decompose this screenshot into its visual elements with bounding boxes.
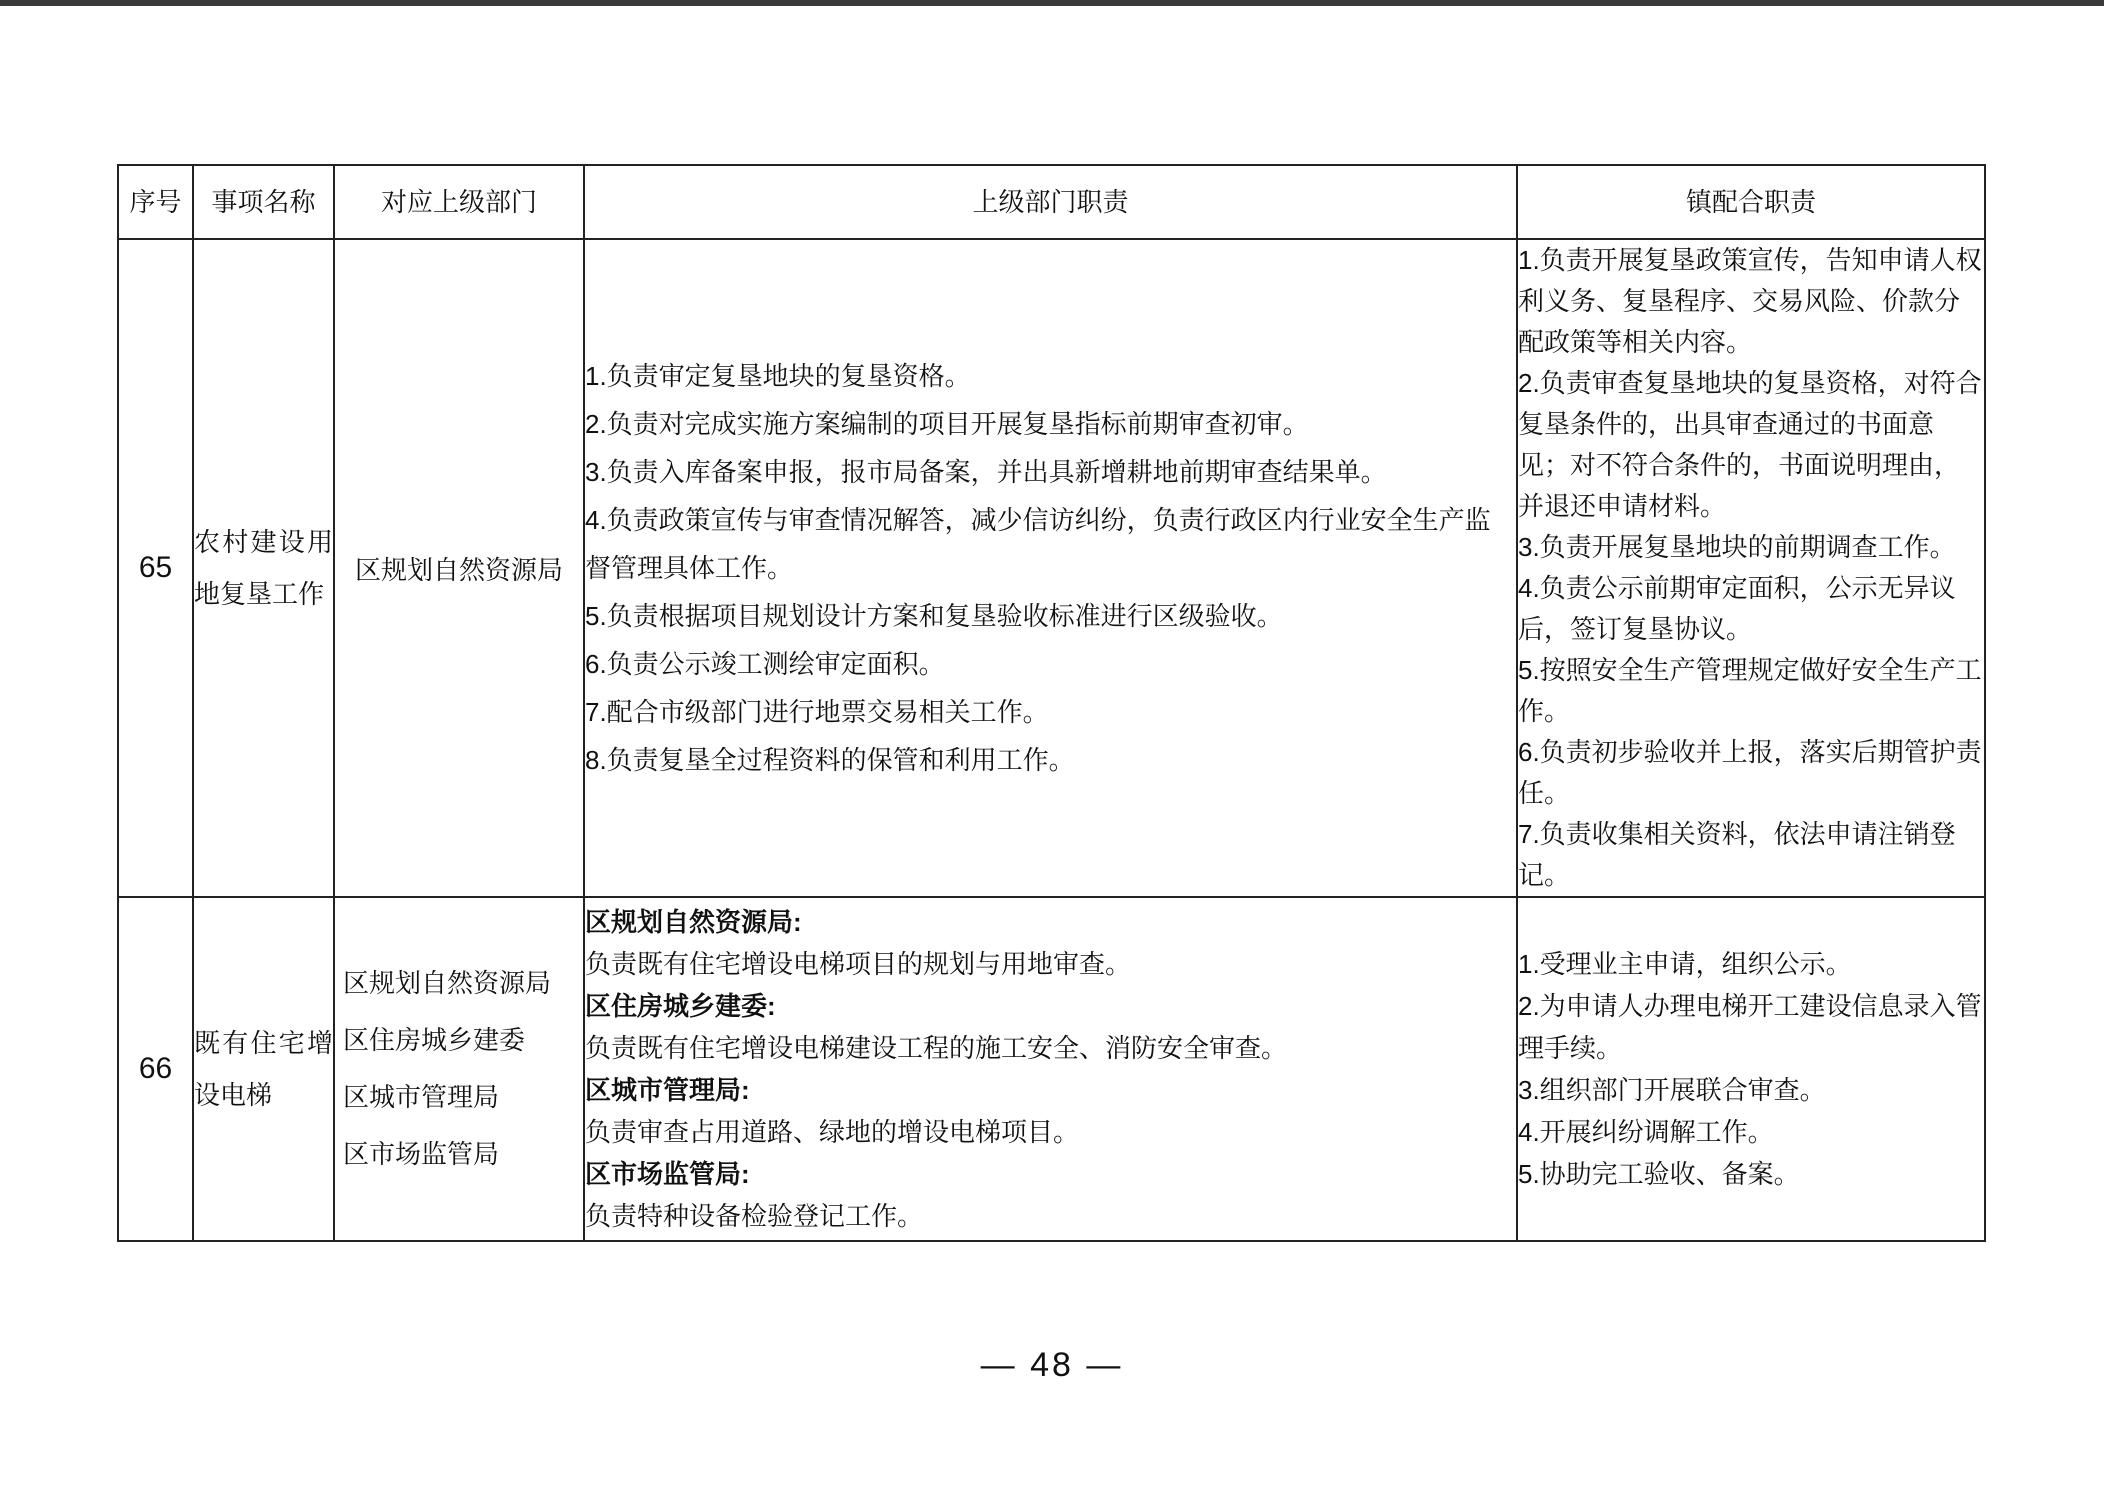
duty-department-label: 区规划自然资源局: — [585, 901, 1516, 943]
duty-item: 4.开展纠纷调解工作。 — [1518, 1111, 1984, 1153]
header-superior-department: 对应上级部门 — [334, 165, 584, 239]
cell-town-duties: 1.受理业主申请，组织公示。 2.为申请人办理电梯开工建设信息录入管理手续。 3… — [1517, 897, 1985, 1241]
cell-superior-duties: 区规划自然资源局: 负责既有住宅增设电梯项目的规划与用地审查。 区住房城乡建委:… — [584, 897, 1517, 1241]
duty-item: 2.为申请人办理电梯开工建设信息录入管理手续。 — [1518, 985, 1984, 1069]
duty-item: 6.负责初步验收并上报，落实后期管护责任。 — [1518, 732, 1984, 814]
duty-item: 负责既有住宅增设电梯建设工程的施工安全、消防安全审查。 — [585, 1027, 1516, 1069]
header-serial-number: 序号 — [118, 165, 193, 239]
duty-item: 5.协助完工验收、备案。 — [1518, 1153, 1984, 1195]
department-name: 区规划自然资源局 — [335, 550, 583, 587]
duty-item: 5.按照安全生产管理规定做好安全生产工作。 — [1518, 650, 1984, 732]
cell-serial-number: 65 — [118, 239, 193, 897]
duty-department-label: 区住房城乡建委: — [585, 985, 1516, 1027]
cell-superior-duties: 1.负责审定复垦地块的复垦资格。 2.负责对完成实施方案编制的项目开展复垦指标前… — [584, 239, 1517, 897]
duty-item: 8.负责复垦全过程资料的保管和利用工作。 — [585, 736, 1516, 784]
table-row-66: 66 既有住宅增设电梯 区规划自然资源局 区住房城乡建委 区城市管理局 区市场监… — [118, 897, 1985, 1241]
header-superior-duties: 上级部门职责 — [584, 165, 1517, 239]
duty-item: 负责既有住宅增设电梯项目的规划与用地审查。 — [585, 943, 1516, 985]
cell-town-duties: 1.负责开展复垦政策宣传，告知申请人权利义务、复垦程序、交易风险、价款分配政策等… — [1517, 239, 1985, 897]
department-name: 区住房城乡建委 — [335, 1012, 583, 1069]
duty-item: 2.负责审查复垦地块的复垦资格，对符合复垦条件的，出具审查通过的书面意见；对不符… — [1518, 363, 1984, 527]
duty-item: 6.负责公示竣工测绘审定面积。 — [585, 640, 1516, 688]
header-town-duties: 镇配合职责 — [1517, 165, 1985, 239]
page-number: — 48 — — [0, 1346, 2104, 1385]
responsibilities-table: 序号 事项名称 对应上级部门 上级部门职责 镇配合职责 65 农村建设用地复垦工… — [117, 164, 1986, 1242]
duty-item: 1.负责开展复垦政策宣传，告知申请人权利义务、复垦程序、交易风险、价款分配政策等… — [1518, 240, 1984, 363]
cell-item-name: 农村建设用地复垦工作 — [193, 239, 334, 897]
duty-item: 3.负责开展复垦地块的前期调查工作。 — [1518, 527, 1984, 568]
duty-item: 1.受理业主申请，组织公示。 — [1518, 943, 1984, 985]
document-page: 序号 事项名称 对应上级部门 上级部门职责 镇配合职责 65 农村建设用地复垦工… — [0, 0, 2104, 1488]
header-item-name: 事项名称 — [193, 165, 334, 239]
duty-item: 4.负责政策宣传与审查情况解答，减少信访纠纷，负责行政区内行业安全生产监督管理具… — [585, 496, 1516, 592]
table-header-row: 序号 事项名称 对应上级部门 上级部门职责 镇配合职责 — [118, 165, 1985, 239]
department-name: 区市场监管局 — [335, 1126, 583, 1183]
duty-department-label: 区城市管理局: — [585, 1069, 1516, 1111]
cell-superior-department: 区规划自然资源局 — [334, 239, 584, 897]
cell-item-name: 既有住宅增设电梯 — [193, 897, 334, 1241]
duty-item: 5.负责根据项目规划设计方案和复垦验收标准进行区级验收。 — [585, 592, 1516, 640]
department-name: 区规划自然资源局 — [335, 955, 583, 1012]
duty-item: 7.配合市级部门进行地票交易相关工作。 — [585, 688, 1516, 736]
duty-department-label: 区市场监管局: — [585, 1153, 1516, 1195]
table-row-65: 65 农村建设用地复垦工作 区规划自然资源局 1.负责审定复垦地块的复垦资格。 … — [118, 239, 1985, 897]
department-name: 区城市管理局 — [335, 1069, 583, 1126]
cell-serial-number: 66 — [118, 897, 193, 1241]
duty-item: 1.负责审定复垦地块的复垦资格。 — [585, 352, 1516, 400]
duty-item: 负责审查占用道路、绿地的增设电梯项目。 — [585, 1111, 1516, 1153]
duty-item: 负责特种设备检验登记工作。 — [585, 1195, 1516, 1237]
duty-item: 4.负责公示前期审定面积，公示无异议后，签订复垦协议。 — [1518, 568, 1984, 650]
duty-item: 2.负责对完成实施方案编制的项目开展复垦指标前期审查初审。 — [585, 400, 1516, 448]
duty-item: 3.负责入库备案申报，报市局备案，并出具新增耕地前期审查结果单。 — [585, 448, 1516, 496]
duty-item: 3.组织部门开展联合审查。 — [1518, 1069, 1984, 1111]
cell-superior-department: 区规划自然资源局 区住房城乡建委 区城市管理局 区市场监管局 — [334, 897, 584, 1241]
scan-top-edge — [0, 0, 2104, 6]
duty-item: 7.负责收集相关资料，依法申请注销登记。 — [1518, 814, 1984, 896]
